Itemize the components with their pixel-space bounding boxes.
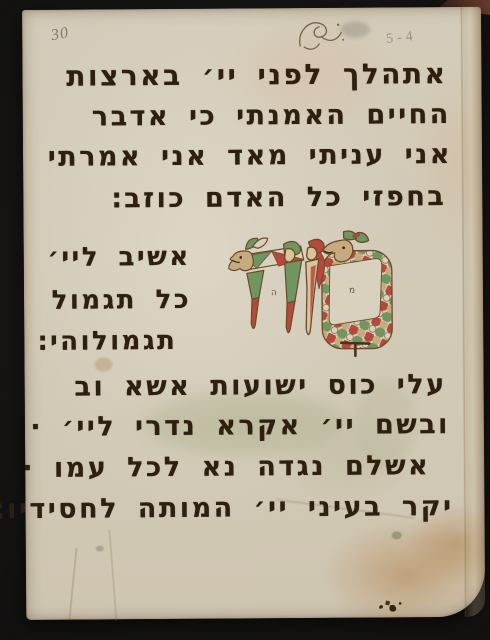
hebrew-text-line: אתהלך לפני יי׳ בארצות: [66, 57, 447, 93]
parchment-stain: [96, 545, 104, 551]
folio-number: 30: [50, 24, 71, 45]
guide-letter: מ: [349, 286, 355, 296]
guide-letter: ה: [271, 288, 277, 298]
parchment-crease: [68, 548, 77, 620]
manuscript-page: 30 5-4 אתהלך לפני יי׳ בארצות החיים האמנת…: [22, 7, 485, 620]
ink-mark-icon: [376, 596, 404, 614]
hybrid-heads-illustration: ה: [222, 228, 405, 361]
hebrew-text-line: אשיב ליי׳: [47, 242, 191, 273]
illuminated-initial-word-panel: מה: [222, 228, 405, 361]
adjacent-folio-edge: [463, 7, 485, 617]
photo-backdrop: 30 5-4 אתהלך לפני יי׳ בארצות החיים האמנת…: [0, 0, 490, 640]
hebrew-text-line: תגמולוהי׃: [38, 326, 178, 357]
parchment-crease: [108, 529, 117, 621]
parchment-stain: [94, 357, 112, 371]
hebrew-text-line: עלי כוס ישועות אשא וב: [74, 369, 446, 403]
letter-heh-group: [229, 238, 305, 333]
hebrew-text-line: יקר בעיני יי׳ המותה לחסידיו׃: [0, 491, 454, 525]
hebrew-text-line: ובשם יי׳ אקרא נדרי ליי׳ ·: [30, 409, 450, 443]
pencil-note: 5-4: [385, 29, 417, 48]
ink-smudge: [340, 22, 370, 38]
pen-flourish-icon: [292, 16, 346, 56]
hebrew-text-line: בחפזי כל האדם כוזב׃: [112, 181, 447, 214]
hebrew-text-line: החיים האמנתי כי אדבר: [92, 99, 451, 133]
parchment-stain: [392, 531, 402, 539]
hebrew-text-line: כל תגמול: [52, 285, 192, 316]
hebrew-text-line: אני עניתי מאד אני אמרתי: [48, 139, 452, 173]
hebrew-text-line: אשלם נגדה נא לכל עמו ·: [22, 450, 430, 484]
